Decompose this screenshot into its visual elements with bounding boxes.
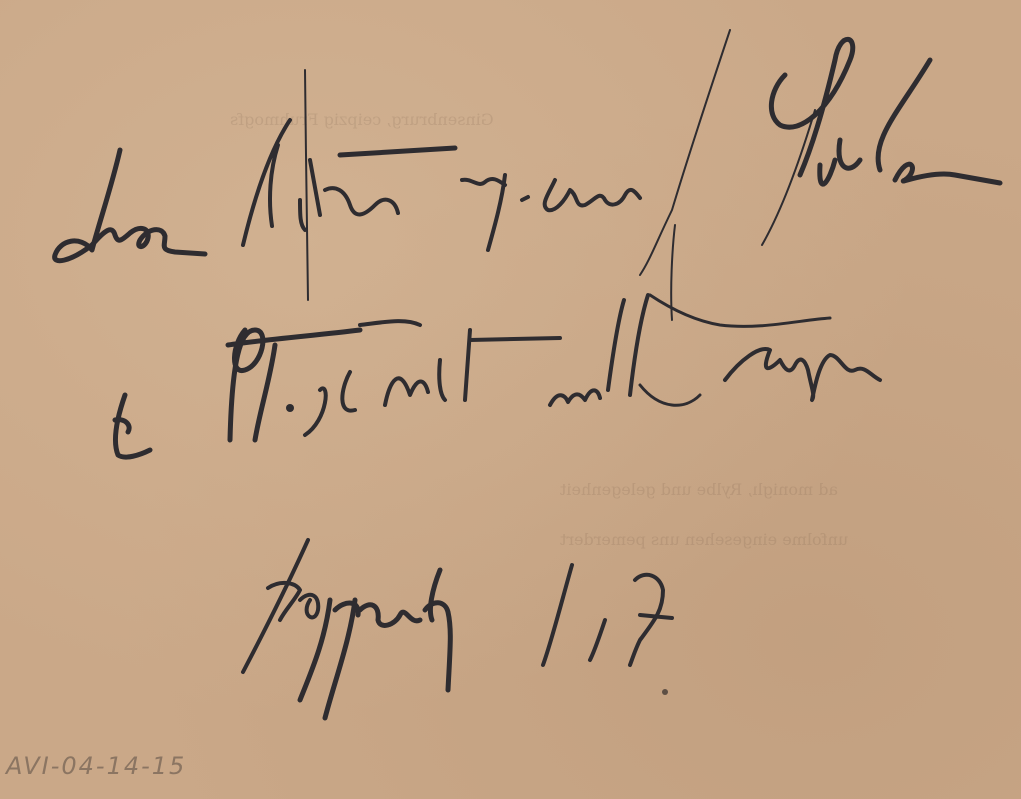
archive-code: AVI-04-14-15 [6, 752, 186, 780]
handwriting-strokes [0, 0, 1021, 799]
document-sheet: Ginsenbrurg, ceipzig Fruhmogfs ad monigl… [0, 0, 1021, 799]
